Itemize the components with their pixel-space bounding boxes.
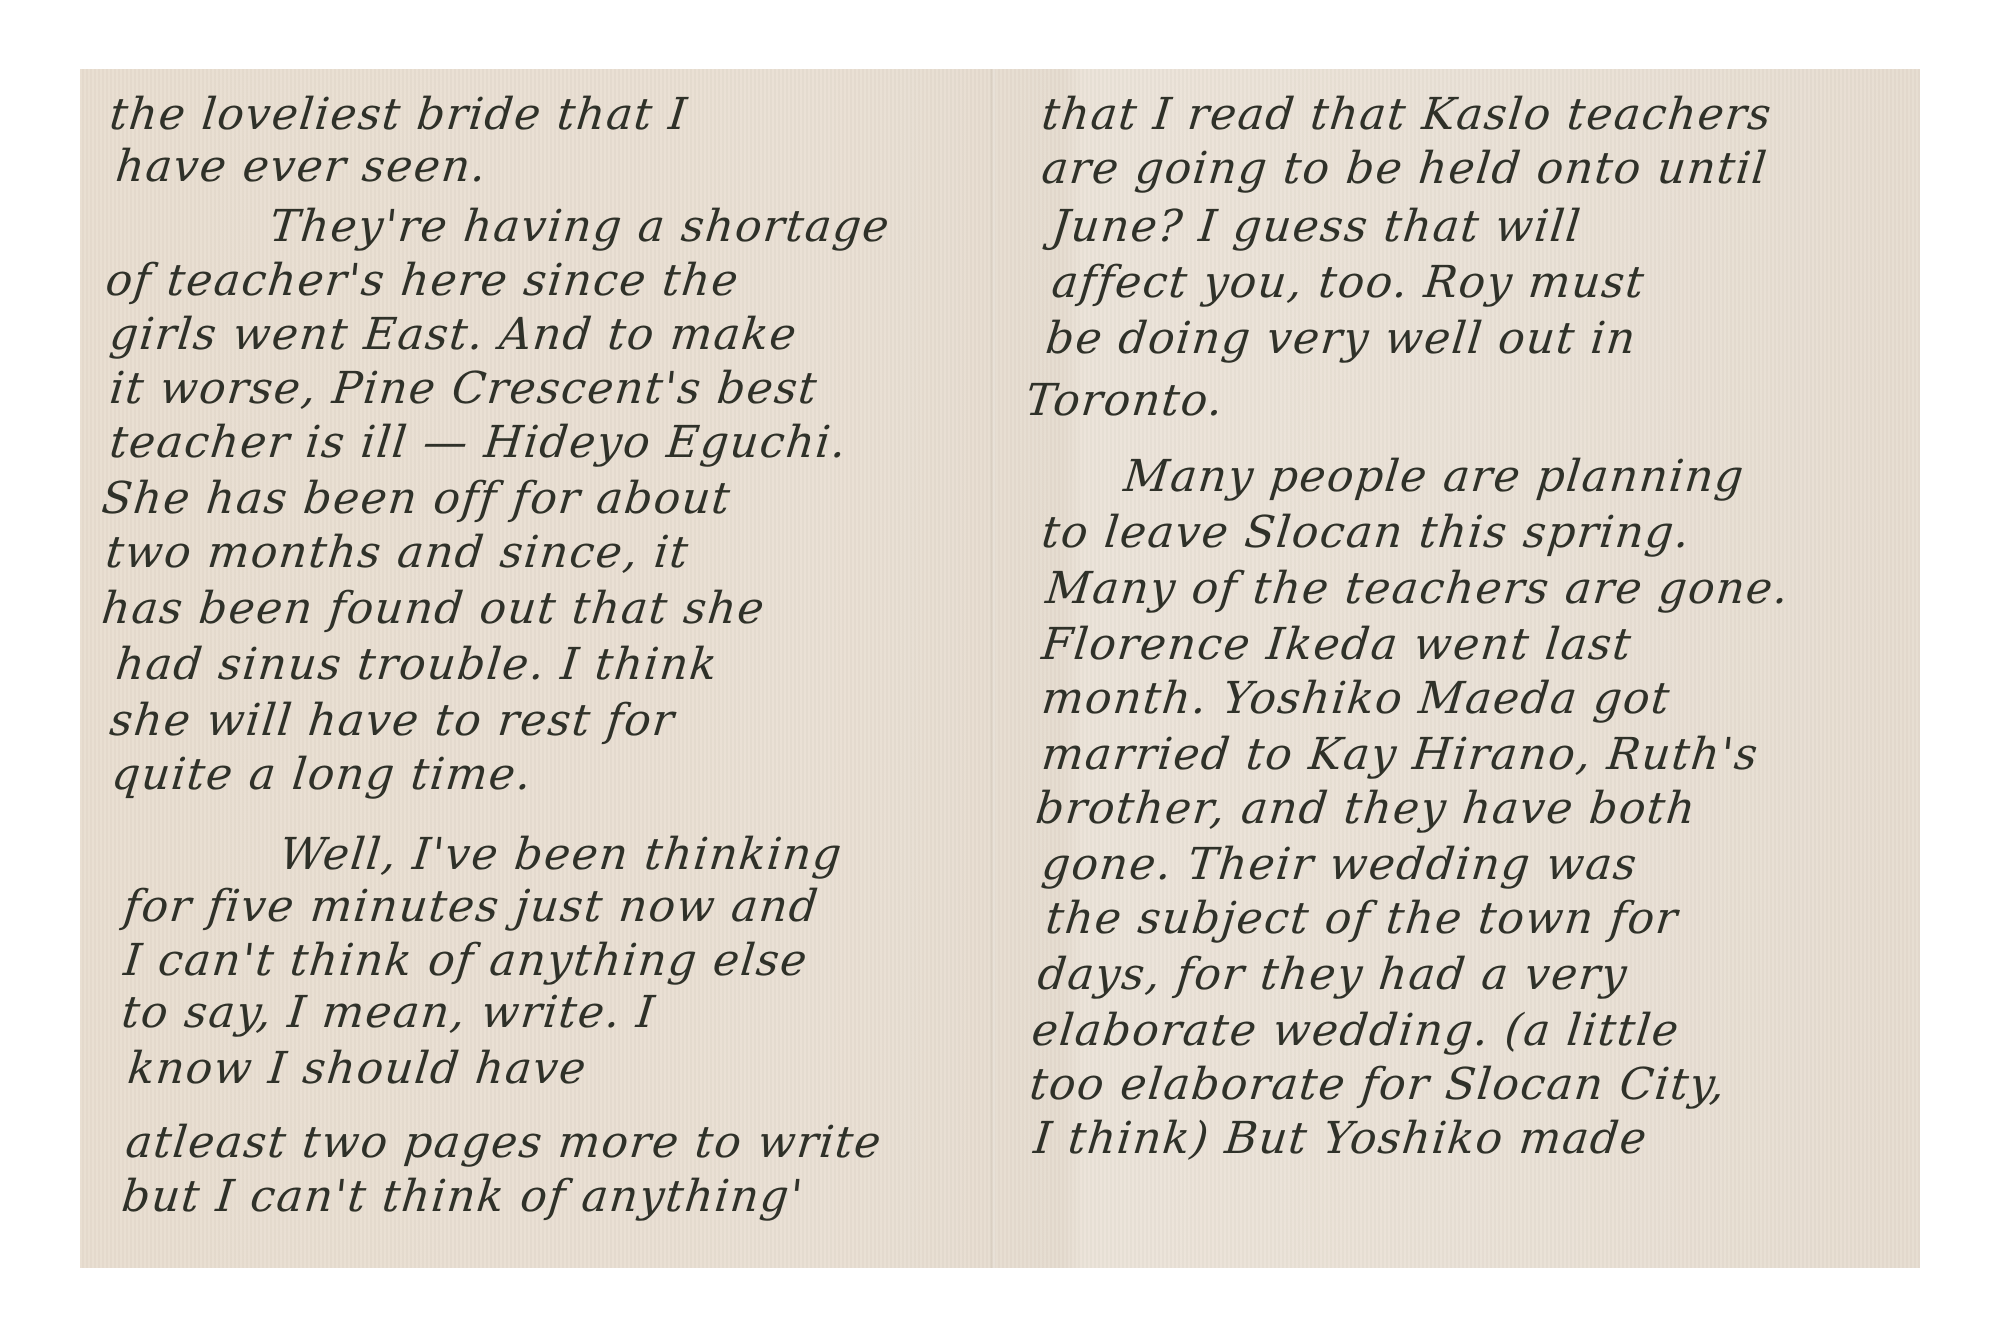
handwritten-line: the loveliest bride that I: [108, 93, 690, 137]
handwritten-line: of teacher's here since the: [104, 259, 742, 303]
handwritten-line: elaborate wedding. (a little: [1030, 1009, 1682, 1053]
handwritten-line: teacher is ill — Hideyo Eguchi.: [108, 421, 850, 465]
handwritten-line: she will have to rest for: [108, 699, 678, 743]
handwritten-line: for five minutes just now and: [122, 885, 821, 929]
handwritten-line: that I read that Kaslo teachers: [1040, 93, 1775, 137]
handwritten-line: quite a long time.: [110, 753, 535, 797]
handwritten-line: know I should have: [126, 1047, 590, 1091]
handwritten-line: gone. Their wedding was: [1040, 843, 1640, 887]
handwritten-line: are going to be held onto until: [1040, 147, 1770, 191]
handwritten-line: to say, I mean, write. I: [120, 991, 658, 1035]
handwritten-line: be doing very well out in: [1044, 317, 1639, 361]
handwritten-line: Toronto.: [1024, 379, 1226, 423]
handwritten-line: too elaborate for Slocan City,: [1028, 1063, 1728, 1107]
handwritten-line: have ever seen.: [114, 145, 490, 189]
handwritten-line: They're having a shortage: [268, 205, 893, 249]
handwritten-line: girls went East. And to make: [108, 313, 800, 357]
letter-sheet: the loveliest bride that I have ever see…: [80, 69, 1920, 1268]
handwritten-line: affect you, too. Roy must: [1050, 261, 1648, 305]
handwritten-line: brother, and they have both: [1034, 787, 1699, 831]
handwritten-line: it worse, Pine Crescent's best: [108, 367, 820, 411]
handwritten-line: two months and since, it: [104, 531, 692, 575]
left-page: the loveliest bride that I have ever see…: [80, 69, 992, 1268]
handwritten-line: Many people are planning: [1122, 455, 1747, 499]
handwritten-line: days, for they had a very: [1036, 953, 1630, 997]
handwritten-line: the subject of the town for: [1044, 897, 1681, 941]
handwritten-line: I think) But Yoshiko made: [1032, 1117, 1650, 1161]
handwritten-line: month. Yoshiko Maeda got: [1040, 677, 1673, 721]
handwritten-line: has been found out that she: [100, 587, 768, 631]
handwritten-line: married to Kay Hirano, Ruth's: [1040, 733, 1761, 777]
handwritten-line: She has been off for about: [100, 477, 734, 521]
handwritten-line: to leave Slocan this spring.: [1040, 511, 1693, 555]
handwritten-line: but I can't think of anything': [120, 1175, 806, 1219]
handwritten-line: Many of the teachers are gone.: [1044, 567, 1792, 611]
handwritten-line: Florence Ikeda went last: [1040, 623, 1635, 667]
handwritten-line: June? I guess that will: [1050, 205, 1584, 249]
handwritten-line: Well, I've been thinking: [278, 833, 845, 877]
handwritten-line: atleast two pages more to write: [124, 1121, 885, 1165]
handwritten-line: I can't think of anything else: [122, 939, 811, 983]
right-page: that I read that Kaslo teachers are goin…: [996, 69, 1920, 1268]
handwritten-line: had sinus trouble. I think: [114, 643, 720, 687]
